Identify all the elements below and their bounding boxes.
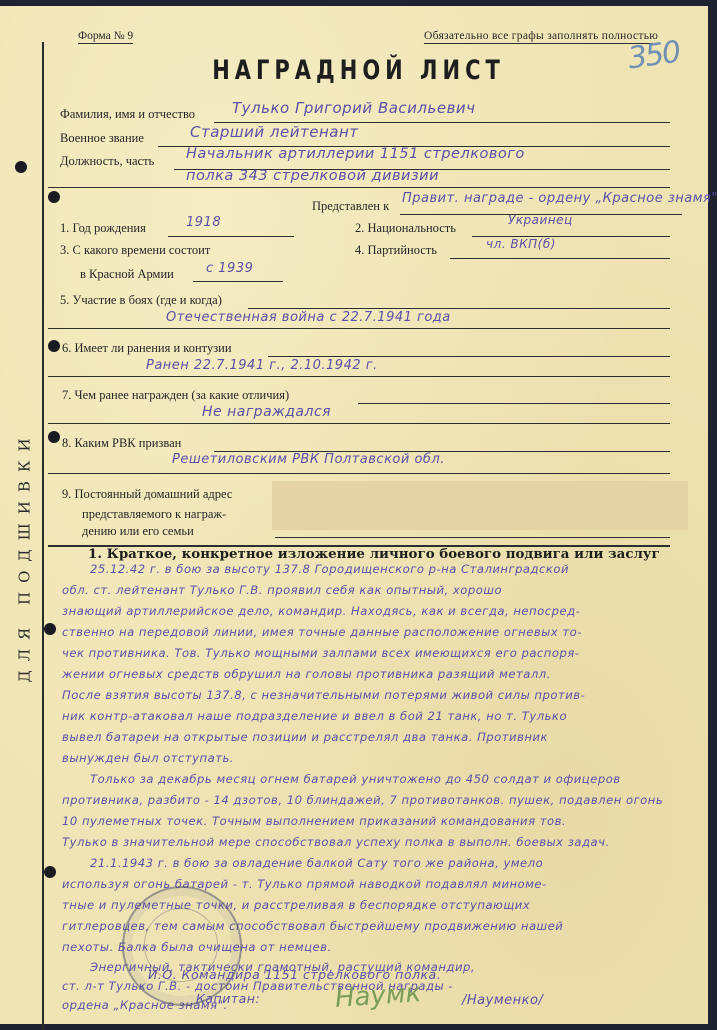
army-since-label-line2: в Красной Армии: [80, 267, 174, 282]
wounds-value: Ранен 22.7.1941 г., 2.10.1942 г.: [146, 358, 378, 373]
birth-year-label: 1. Год рождения: [60, 221, 146, 236]
punch-hole-icon: [48, 191, 60, 203]
punch-hole-icon: [48, 340, 60, 352]
signatory-rank: Капитан:: [196, 991, 260, 1006]
narrative-line: ник контр-атаковал наше подразделение и …: [62, 706, 717, 727]
narrative-line: знающий артиллерийское дело, командир. Н…: [62, 601, 717, 622]
binding-margin-label: ДЛЯ ПОДШИВКИ: [10, 421, 40, 691]
narrative-line: чек противника. Тов. Тулько мощными залп…: [62, 643, 717, 664]
official-seal: [122, 886, 242, 1006]
military-rank-value: Старший лейтенант: [190, 123, 359, 141]
signatory-name: /Науменко/: [462, 993, 543, 1008]
prior-awards-value: Не награждался: [202, 404, 331, 420]
fill-instruction: Обязательно все графы заполнять полность…: [424, 30, 658, 44]
narrative-line: жении огневых средств обрушил на головы …: [62, 664, 717, 685]
narrative-line: 21.1.1943 г. в бою за овладение балкой С…: [62, 853, 717, 874]
home-address-label-line2: представляемого к награж-: [82, 507, 226, 522]
birth-year-value: 1918: [186, 215, 221, 230]
full-name-label: Фамилия, имя и отчество: [60, 107, 195, 122]
home-address-label-line3: дению или его семьи: [82, 524, 194, 539]
signature: Наумк: [334, 978, 422, 1014]
nominated-for-label: Представлен к: [312, 199, 389, 214]
narrative-line: вынужден был отступать.: [62, 748, 717, 769]
punch-hole-icon: [15, 161, 27, 173]
page-title: НАГРАДНОЙ ЛИСТ: [0, 55, 717, 85]
nationality-value: Украинец: [508, 213, 573, 227]
draft-office-value: Решетиловским РВК Полтавской обл.: [172, 452, 445, 467]
narrative-line: ственно на передовой линии, имея точные …: [62, 622, 717, 643]
battles-value: Отечественная война с 22.7.1941 года: [166, 310, 451, 325]
narrative-line: 25.12.42 г. в бою за высоту 137.8 Городи…: [62, 559, 717, 580]
form-number: Форма № 9: [78, 30, 133, 44]
narrative-line: вывел батареи на открытые позиции и расс…: [62, 727, 717, 748]
position-label: Должность, часть: [60, 154, 154, 169]
narrative-line: противника, разбито - 14 дзотов, 10 блин…: [62, 790, 717, 811]
party-label: 4. Партийность: [355, 243, 437, 258]
narrative-line: Тулько в значительной мере способствовал…: [62, 832, 717, 853]
narrative-line: Только за декабрь месяц огнем батарей ун…: [62, 769, 717, 790]
prior-awards-label: 7. Чем ранее награжден (за какие отличия…: [62, 388, 289, 403]
redacted-address: [272, 481, 688, 530]
narrative-line: обл. ст. лейтенант Тулько Г.В. проявил с…: [62, 580, 717, 601]
position-value-line1: Начальник артиллерии 1151 стрелкового: [186, 146, 525, 162]
home-address-label-line1: 9. Постоянный домашний адрес: [62, 487, 232, 502]
narrative-line: 10 пулеметных точек. Точным выполнением …: [62, 811, 717, 832]
nationality-label: 2. Национальность: [355, 221, 456, 236]
punch-hole-icon: [44, 623, 56, 635]
draft-office-label: 8. Каким РВК призван: [62, 436, 181, 451]
full-name-value: Тулько Григорий Васильевич: [232, 99, 476, 117]
position-value-line2: полка 343 стрелковой дивизии: [186, 168, 439, 184]
nominated-for-value: Правит. награде - ордену „Красное знамя": [402, 191, 717, 206]
wounds-label: 6. Имеет ли ранения и контузии: [62, 341, 232, 356]
punch-hole-icon: [44, 866, 56, 878]
award-sheet-document: ДЛЯ ПОДШИВКИ Форма № 9 Обязательно все г…: [0, 6, 708, 1024]
army-since-label-line1: 3. С какого времени состоит: [60, 243, 210, 258]
battles-label: 5. Участие в боях (где и когда): [60, 293, 222, 308]
narrative-line: После взятия высоты 137.8, с незначитель…: [62, 685, 717, 706]
binding-margin-rule: [42, 42, 44, 1024]
army-since-value: с 1939: [206, 261, 253, 276]
military-rank-label: Военное звание: [60, 131, 144, 146]
punch-hole-icon: [48, 431, 60, 443]
party-value: чл. ВКП(б): [486, 237, 556, 251]
